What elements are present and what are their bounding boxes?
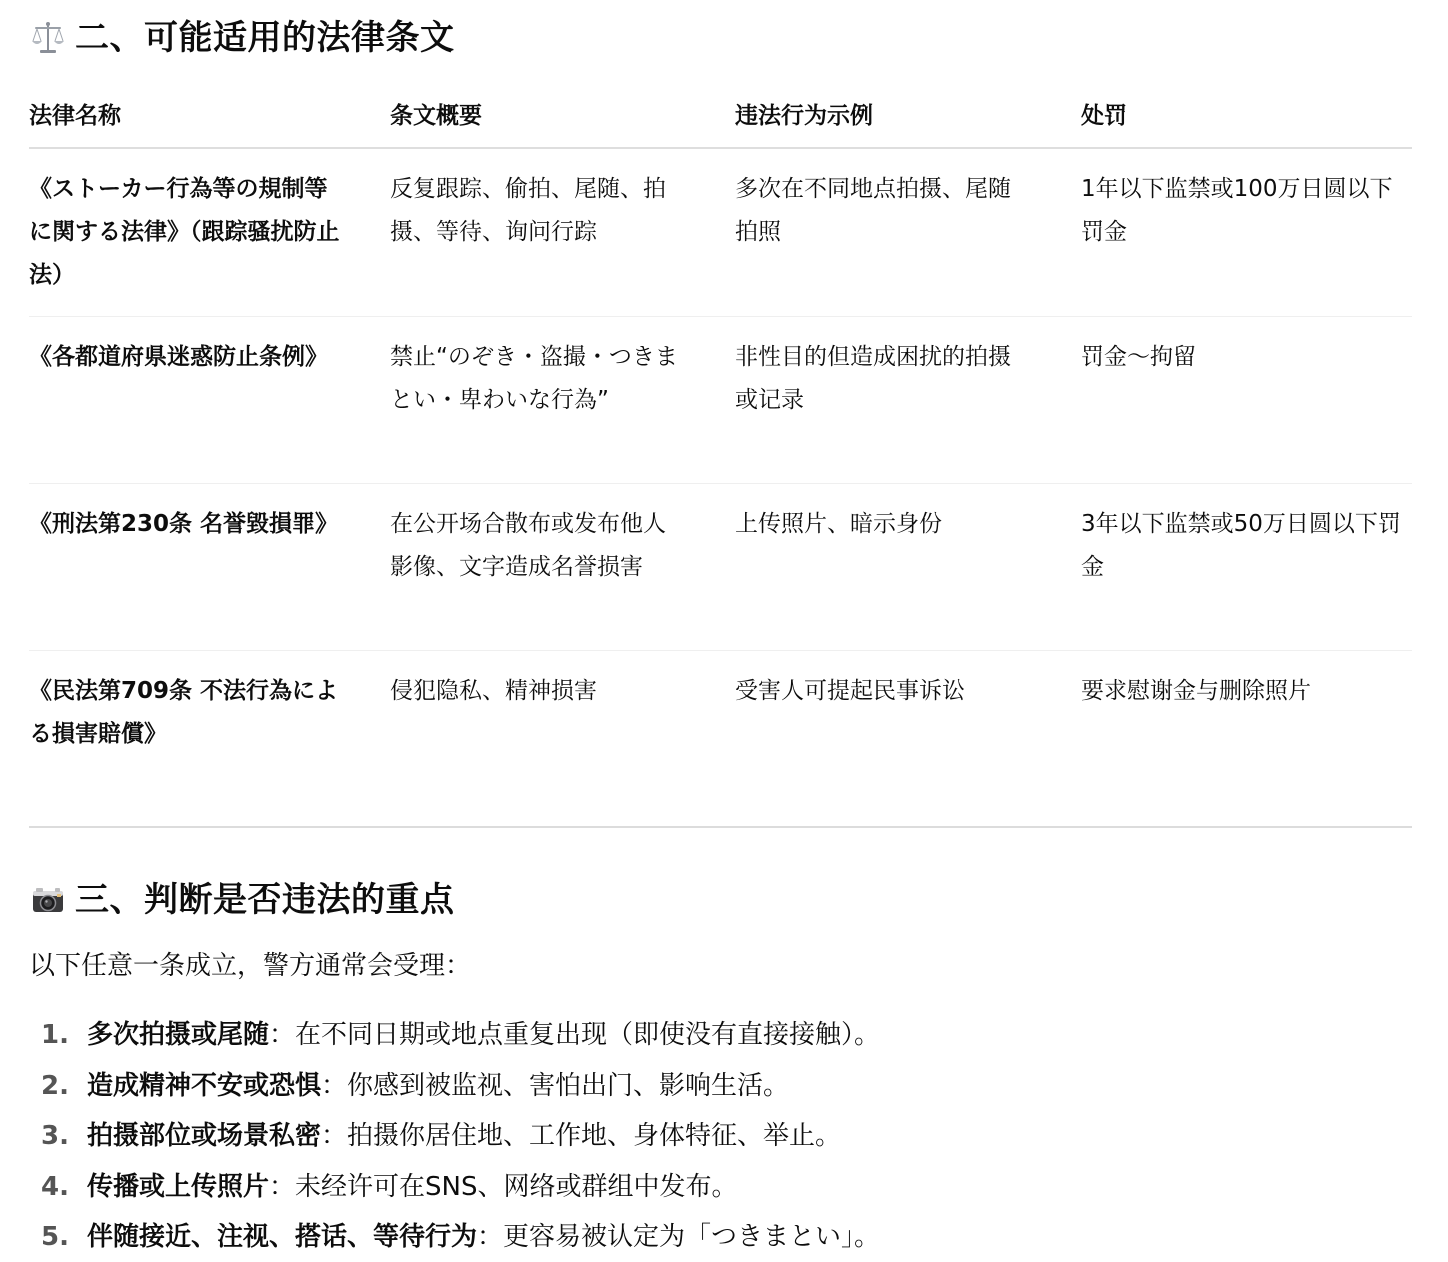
table-row: 《各都道府県迷惑防止条例》 禁止“のぞき・盗撮・つきまとい・卑わいな行為” 非性… [29, 317, 1412, 484]
list-item: 5. 伴随接近、注视、搭话、等待行为：更容易被认定为「つきまとい」。 [29, 1212, 1412, 1262]
criterion-description: 拍摄你居住地、工作地、身体特征、举止。 [347, 1121, 841, 1151]
summary-cell: 反复跟踪、偷拍、尾随、拍摄、等待、询问行踪 [390, 148, 735, 317]
balance-scale-icon [29, 19, 67, 57]
law-name-cell: 《各都道府県迷惑防止条例》 [29, 317, 390, 484]
criterion-description: 在不同日期或地点重复出现（即使没有直接接触）。 [295, 1020, 880, 1050]
list-number: 3. [29, 1111, 87, 1162]
separator: ： [269, 1172, 295, 1202]
summary-cell: 在公开场合散布或发布他人影像、文字造成名誉损害 [390, 484, 735, 651]
separator: ： [321, 1071, 347, 1101]
law-name-cell: 《民法第709条 不法行為による損害賠償》 [29, 651, 390, 776]
separator: ： [321, 1121, 347, 1151]
table-row: 《刑法第230条 名誉毀損罪》 在公开场合散布或发布他人影像、文字造成名誉损害 … [29, 484, 1412, 651]
list-item: 1. 多次拍摄或尾随：在不同日期或地点重复出现（即使没有直接接触）。 [29, 1010, 1412, 1061]
section-divider [29, 826, 1412, 828]
column-header-penalty: 处罚 [1081, 79, 1412, 148]
penalty-cell: 3年以下监禁或50万日圆以下罚金 [1081, 484, 1412, 651]
column-header-summary: 条文概要 [390, 79, 735, 148]
intro-paragraph: 以下任意一条成立，警方通常会受理： [29, 948, 1412, 984]
section-title-text: 二、可能适用的法律条文 [75, 18, 455, 58]
list-item: 4. 传播或上传照片：未经许可在SNS、网络或群组中发布。 [29, 1162, 1412, 1213]
example-cell: 非性目的但造成困扰的拍摄或记录 [735, 317, 1081, 484]
summary-cell: 禁止“のぞき・盗撮・つきまとい・卑わいな行為” [390, 317, 735, 484]
section-heading-key-criteria: 三、判断是否违法的重点 [29, 880, 1412, 920]
column-header-law-name: 法律名称 [29, 79, 390, 148]
example-cell: 多次在不同地点拍摄、尾随拍照 [735, 148, 1081, 317]
camera-icon [29, 881, 67, 919]
section-title-text: 三、判断是否违法的重点 [75, 880, 455, 920]
list-number: 5. [29, 1212, 87, 1262]
criteria-list: 1. 多次拍摄或尾随：在不同日期或地点重复出现（即使没有直接接触）。 2. 造成… [29, 1010, 1412, 1262]
laws-table: 法律名称 条文概要 违法行为示例 处罚 《ストーカー行為等の規制等に関する法律》… [29, 79, 1412, 775]
list-number: 2. [29, 1061, 87, 1112]
law-name-cell: 《ストーカー行為等の規制等に関する法律》（跟踪骚扰防止法） [29, 148, 390, 317]
criterion-term: 多次拍摄或尾随 [87, 1020, 269, 1050]
list-number: 4. [29, 1162, 87, 1213]
table-row: 《民法第709条 不法行為による損害賠償》 侵犯隐私、精神损害 受害人可提起民事… [29, 651, 1412, 776]
criterion-description: 你感到被监视、害怕出门、影响生活。 [347, 1071, 789, 1101]
criterion-description: 未经许可在SNS、网络或群组中发布。 [295, 1172, 737, 1202]
penalty-cell: 罚金～拘留 [1081, 317, 1412, 484]
criterion-term: 伴随接近、注视、搭话、等待行为 [87, 1222, 477, 1252]
list-item: 3. 拍摄部位或场景私密：拍摄你居住地、工作地、身体特征、举止。 [29, 1111, 1412, 1162]
table-row: 《ストーカー行為等の規制等に関する法律》（跟踪骚扰防止法） 反复跟踪、偷拍、尾随… [29, 148, 1412, 317]
section-heading-applicable-laws: 二、可能适用的法律条文 [29, 0, 1411, 59]
example-cell: 受害人可提起民事诉讼 [735, 651, 1081, 776]
summary-cell: 侵犯隐私、精神损害 [390, 651, 735, 776]
criterion-term: 拍摄部位或场景私密 [87, 1121, 321, 1151]
criterion-term: 传播或上传照片 [87, 1172, 269, 1202]
law-name-cell: 《刑法第230条 名誉毀損罪》 [29, 484, 390, 651]
section-key-criteria: 三、判断是否违法的重点 以下任意一条成立，警方通常会受理： 1. 多次拍摄或尾随… [29, 880, 1412, 1262]
penalty-cell: 1年以下监禁或100万日圆以下罚金 [1081, 148, 1412, 317]
criterion-description: 更容易被认定为「つきまとい」。 [503, 1222, 880, 1252]
list-item: 2. 造成精神不安或恐惧：你感到被监视、害怕出门、影响生活。 [29, 1061, 1412, 1112]
criterion-term: 造成精神不安或恐惧 [87, 1071, 321, 1101]
separator: ： [269, 1020, 295, 1050]
separator: ： [477, 1222, 503, 1252]
example-cell: 上传照片、暗示身份 [735, 484, 1081, 651]
penalty-cell: 要求慰谢金与删除照片 [1081, 651, 1412, 776]
table-header-row: 法律名称 条文概要 违法行为示例 处罚 [29, 79, 1412, 148]
list-number: 1. [29, 1010, 87, 1061]
document-page: 二、可能适用的法律条文 法律名称 条文概要 违法行为示例 处罚 《ストーカー行為… [0, 0, 1448, 775]
column-header-example: 违法行为示例 [735, 79, 1081, 148]
